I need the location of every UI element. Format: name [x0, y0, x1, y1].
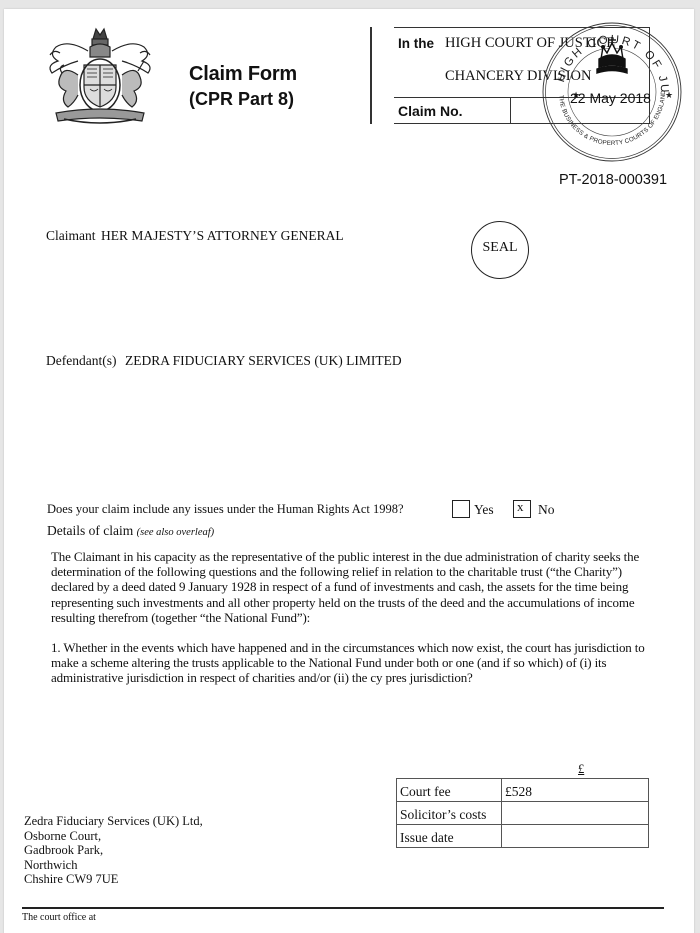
defendant-address: Zedra Fiduciary Services (UK) Ltd, Osbor… — [24, 814, 203, 887]
fee-label: Issue date — [397, 825, 502, 848]
no-label: No — [538, 502, 555, 518]
table-row: Issue date — [397, 825, 649, 848]
table-row: Court fee £528 — [397, 779, 649, 802]
no-checkbox-mark: x — [517, 499, 524, 515]
claim-form-page: Claim Form (CPR Part 8) In the HIGH COUR… — [4, 9, 694, 933]
fee-value — [502, 825, 649, 848]
claimant-name: HER MAJESTY’S ATTORNEY GENERAL — [101, 228, 344, 244]
details-of-claim-body: The Claimant in his capacity as the repr… — [51, 549, 661, 701]
claim-reference-number: PT-2018-000391 — [559, 172, 667, 188]
royal-coat-of-arms-icon — [38, 25, 162, 131]
seal-label: SEAL — [472, 240, 528, 256]
fee-value — [502, 802, 649, 825]
in-the-label: In the — [398, 36, 434, 51]
court-office-label: The court office at — [22, 912, 96, 923]
footer-divider — [22, 907, 664, 909]
fees-table: Court fee £528 Solicitor’s costs Issue d… — [396, 778, 649, 848]
yes-checkbox[interactable] — [452, 500, 470, 518]
table-row: Solicitor’s costs — [397, 802, 649, 825]
human-rights-question: Does your claim include any issues under… — [47, 502, 404, 517]
defendant-name: ZEDRA FIDUCIARY SERVICES (UK) LIMITED — [125, 353, 402, 369]
form-title: Claim Form — [189, 63, 297, 86]
details-label: Details of claim — [47, 523, 133, 538]
form-subtitle: (CPR Part 8) — [189, 89, 294, 110]
details-of-claim-heading: Details of claim (see also overleaf) — [47, 523, 214, 539]
court-box-border — [510, 97, 511, 123]
no-checkbox[interactable]: x — [513, 500, 531, 518]
details-paragraph: 1. Whether in the events which have happ… — [51, 640, 661, 686]
details-paragraph: The Claimant in his capacity as the repr… — [51, 549, 661, 625]
fee-value: £528 — [502, 779, 649, 802]
court-box-divider — [370, 27, 372, 124]
details-note: (see also overleaf) — [137, 527, 215, 538]
seal-circle: SEAL — [471, 221, 529, 279]
address-line: Northwich — [24, 858, 203, 873]
stamp-date: 22 May 2018 — [570, 90, 651, 106]
claim-no-label: Claim No. — [398, 103, 463, 119]
fee-label: Court fee — [397, 779, 502, 802]
address-line: Gadbrook Park, — [24, 843, 203, 858]
yes-label: Yes — [474, 502, 494, 518]
currency-header: £ — [578, 762, 584, 777]
address-line: Chshire CW9 7UE — [24, 872, 203, 887]
address-line: Zedra Fiduciary Services (UK) Ltd, — [24, 814, 203, 829]
claimant-label: Claimant — [46, 228, 96, 244]
svg-text:★: ★ — [665, 91, 673, 101]
defendant-label: Defendant(s) — [46, 353, 116, 369]
fee-label: Solicitor’s costs — [397, 802, 502, 825]
address-line: Osborne Court, — [24, 829, 203, 844]
